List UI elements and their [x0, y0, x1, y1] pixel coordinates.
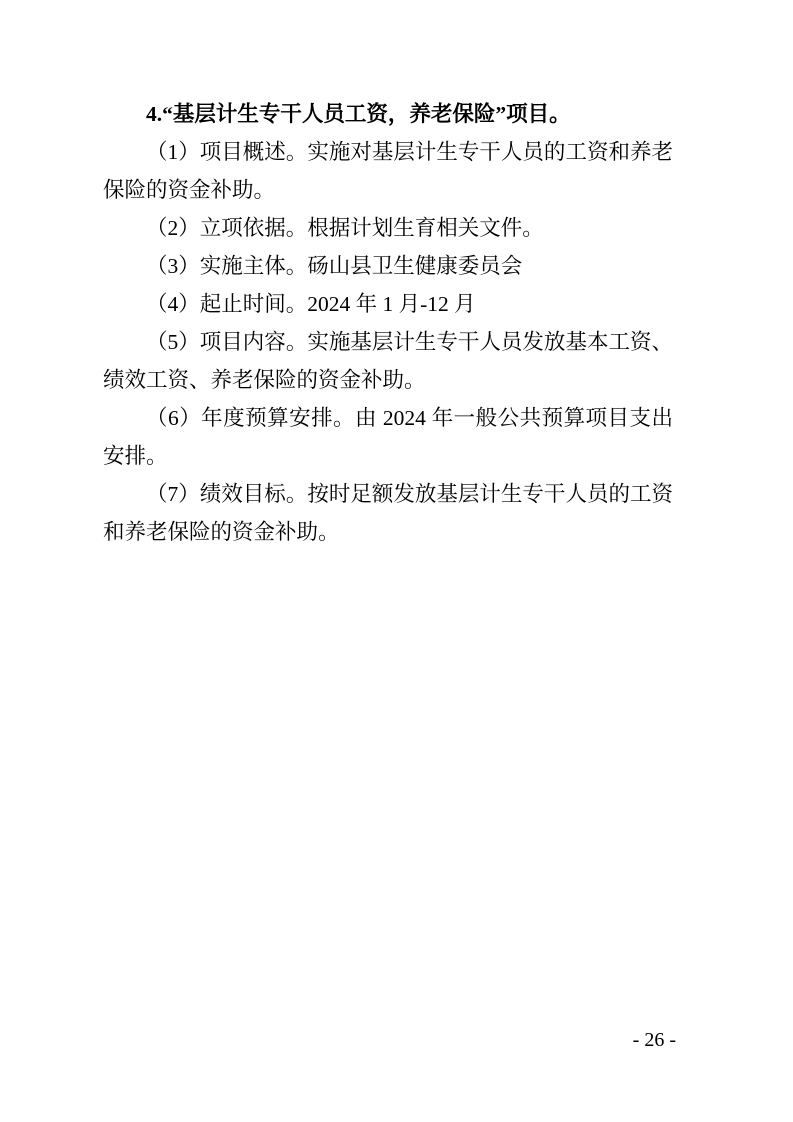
page-number: - 26 -: [633, 1026, 676, 1054]
paragraph-project-basis: （2）立项依据。根据计划生育相关文件。: [103, 209, 673, 247]
paragraph-timeframe: （4）起止时间。2024 年 1 月-12 月: [103, 285, 673, 323]
section-heading: 4.“基层计生专干人员工资，养老保险”项目。: [103, 95, 673, 133]
paragraph-implementing-body: （3）实施主体。砀山县卫生健康委员会: [103, 247, 673, 285]
document-body: 4.“基层计生专干人员工资，养老保险”项目。 （1）项目概述。实施对基层计生专干…: [103, 95, 673, 551]
document-page: 4.“基层计生专干人员工资，养老保险”项目。 （1）项目概述。实施对基层计生专干…: [0, 0, 793, 1122]
paragraph-annual-budget: （6）年度预算安排。由 2024 年一般公共预算项目支出安排。: [103, 399, 673, 475]
paragraph-performance-goal: （7）绩效目标。按时足额发放基层计生专干人员的工资和养老保险的资金补助。: [103, 475, 673, 551]
paragraph-project-content: （5）项目内容。实施基层计生专干人员发放基本工资、绩效工资、养老保险的资金补助。: [103, 323, 673, 399]
paragraph-project-overview: （1）项目概述。实施对基层计生专干人员的工资和养老保险的资金补助。: [103, 133, 673, 209]
